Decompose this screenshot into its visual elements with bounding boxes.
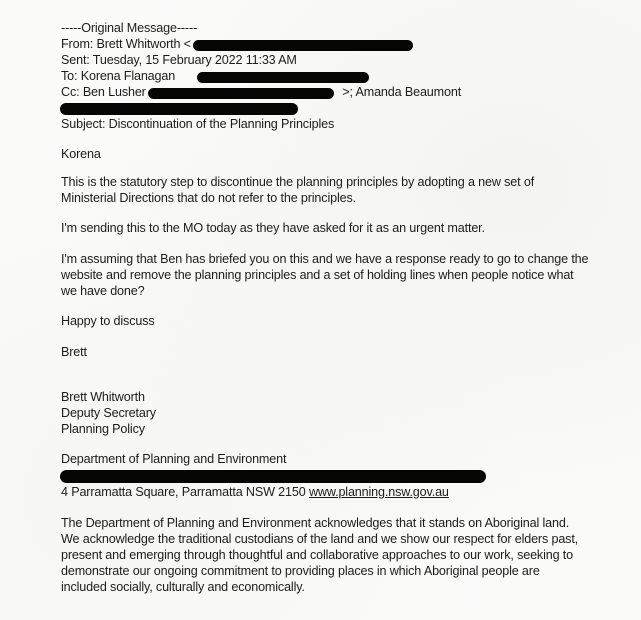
to-label: To:	[61, 69, 77, 83]
acknowledgement-line-4: demonstrate our ongoing commitment to pr…	[61, 563, 540, 579]
body-paragraph-1-line-2: Ministerial Directions that do not refer…	[61, 190, 356, 206]
signature-title: Deputy Secretary	[61, 405, 156, 421]
cc-name-ben: Ben Lusher <	[83, 85, 156, 99]
signoff: Brett	[61, 344, 87, 360]
signature-address-line: 4 Parramatta Square, Parramatta NSW 2150…	[61, 484, 449, 500]
closing-line: Happy to discuss	[61, 313, 155, 329]
sent-value: Tuesday, 15 February 2022 11:33 AM	[93, 53, 297, 67]
acknowledgement-line-2: We acknowledge the traditional custodian…	[61, 531, 578, 547]
to-name: Korena Flanagan	[81, 69, 175, 83]
body-paragraph-3-line-1: I'm assuming that Ben has briefed you on…	[61, 251, 588, 267]
subject-value: Discontinuation of the Planning Principl…	[109, 117, 334, 131]
cc-name-amanda: >; Amanda Beaumont	[342, 85, 461, 99]
redaction-contact-line	[60, 470, 486, 483]
acknowledgement-line-3: present and emerging through thoughtful …	[61, 547, 573, 563]
redaction-cc-email-1	[148, 88, 334, 99]
scanned-email-page: -----Original Message----- From: Brett W…	[0, 0, 641, 620]
body-paragraph-3-line-2: website and remove the planning principl…	[61, 267, 574, 283]
body-paragraph-1-line-1: This is the statutory step to discontinu…	[61, 174, 534, 190]
sent-line: Sent: Tuesday, 15 February 2022 11:33 AM	[61, 52, 297, 68]
body-paragraph-3-line-3: we have done?	[61, 283, 144, 299]
redaction-from-email	[193, 40, 413, 51]
from-name: Brett Whitworth <	[97, 37, 191, 51]
body-paragraph-2: I'm sending this to the MO today as they…	[61, 220, 485, 236]
acknowledgement-line-5: included socially, culturally and econom…	[61, 579, 305, 595]
to-line: To: Korena Flanagan	[61, 68, 175, 84]
signature-division: Planning Policy	[61, 421, 145, 437]
signature-address: 4 Parramatta Square, Parramatta NSW 2150	[61, 485, 306, 499]
acknowledgement-line-1: The Department of Planning and Environme…	[61, 515, 569, 531]
cc-label: Cc:	[61, 85, 79, 99]
signature-name: Brett Whitworth	[61, 389, 145, 405]
subject-label: Subject:	[61, 117, 105, 131]
website-link[interactable]: www.planning.nsw.gov.au	[309, 485, 449, 499]
from-line: From: Brett Whitworth <	[61, 36, 191, 52]
original-message-separator: -----Original Message-----	[61, 20, 197, 36]
redaction-cc-email-2	[60, 103, 298, 115]
from-label: From:	[61, 37, 93, 51]
subject-line: Subject: Discontinuation of the Planning…	[61, 116, 334, 132]
signature-department: Department of Planning and Environment	[61, 451, 286, 467]
sent-label: Sent:	[61, 53, 90, 67]
greeting: Korena	[61, 146, 101, 162]
redaction-to-email	[197, 72, 369, 83]
